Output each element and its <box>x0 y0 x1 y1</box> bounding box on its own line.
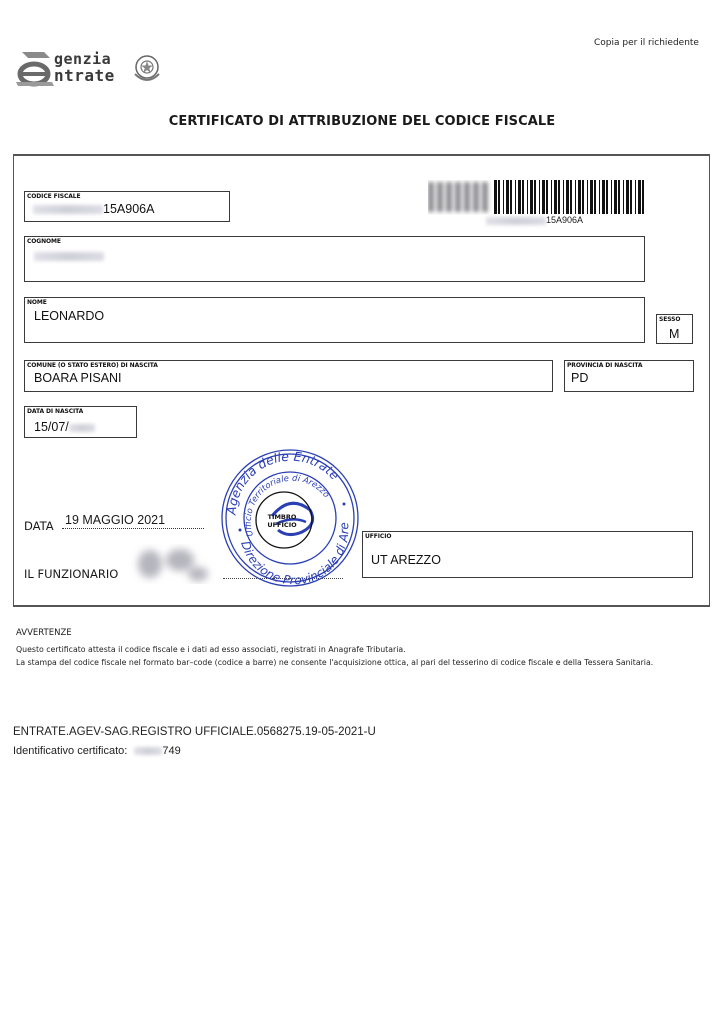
ufficio-value: UT AREZZO <box>371 553 441 567</box>
logo-text-ntrate: ntrate <box>54 66 115 85</box>
data-nascita-value: 15/07/ <box>34 420 95 434</box>
codice-fiscale-field: CODICE FISCALE 15A906A <box>24 191 230 222</box>
provincia-nascita-value: PD <box>571 371 588 385</box>
barcode-caption: 15A906A <box>486 215 583 225</box>
sesso-value: M <box>669 327 679 341</box>
certificate-id: Identificativo certificato: 749 <box>13 745 181 757</box>
codice-fiscale-visible-part: 15A906A <box>103 202 154 216</box>
cognome-value <box>34 249 104 263</box>
data-label: DATA <box>24 519 54 533</box>
ufficio-label: UFFICIO <box>365 533 391 540</box>
certificate-id-visible: 749 <box>162 745 180 757</box>
barcode-caption-visible: 15A906A <box>546 215 583 225</box>
certificate-id-label: Identificativo certificato: <box>13 745 127 757</box>
codice-fiscale-label: CODICE FISCALE <box>27 193 81 200</box>
warnings-title: AVVERTENZE <box>16 628 72 638</box>
cognome-field: COGNOME <box>24 236 645 282</box>
sesso-field: SESSO M <box>656 314 693 344</box>
sesso-label: SESSO <box>659 316 680 323</box>
barcode <box>428 180 646 216</box>
data-nascita-visible-part: 15/07/ <box>34 420 69 434</box>
provincia-nascita-field: PROVINCIA DI NASCITA PD <box>564 360 694 392</box>
redacted-block <box>33 205 103 214</box>
nome-field: NOME LEONARDO <box>24 297 645 343</box>
codice-fiscale-value: 15A906A <box>33 202 154 216</box>
official-stamp: Agenzia delle Entrate Direzione Provinci… <box>218 446 363 591</box>
redacted-block <box>34 252 104 261</box>
data-value: 19 MAGGIO 2021 <box>62 513 204 529</box>
provincia-nascita-label: PROVINCIA DI NASCITA <box>567 362 642 369</box>
cognome-label: COGNOME <box>27 238 61 245</box>
document-title: CERTIFICATO DI ATTRIBUZIONE DEL CODICE F… <box>0 114 724 129</box>
redacted-block <box>134 747 162 755</box>
comune-nascita-value: BOARA PISANI <box>34 371 122 385</box>
data-nascita-field: DATA DI NASCITA 15/07/ <box>24 406 137 438</box>
italian-emblem-icon <box>132 52 162 84</box>
logo-e-icon <box>14 48 58 88</box>
redacted-block <box>69 424 95 432</box>
nome-label: NOME <box>27 299 47 306</box>
comune-nascita-label: COMUNE (O STATO ESTERO) DI NASCITA <box>27 362 158 369</box>
signature-redacted <box>128 544 218 584</box>
warning-line: Questo certificato attesta il codice fis… <box>16 645 406 654</box>
nome-value: LEONARDO <box>34 309 104 323</box>
data-nascita-label: DATA DI NASCITA <box>27 408 83 415</box>
comune-nascita-field: COMUNE (O STATO ESTERO) DI NASCITA BOARA… <box>24 360 553 392</box>
agenzia-entrate-logo: genzia ntrate <box>14 48 164 88</box>
registry-reference: ENTRATE.AGEV-SAG.REGISTRO UFFICIALE.0568… <box>13 726 376 738</box>
timbro-text: TIMBRO <box>268 513 297 521</box>
warning-line: La stampa del codice fiscale nel formato… <box>16 658 653 667</box>
ufficio-field: UFFICIO UT AREZZO <box>362 531 693 578</box>
copy-label: Copia per il richiedente <box>594 38 699 48</box>
ufficio-text: UFFICIO <box>267 521 297 529</box>
funzionario-label: IL FUNZIONARIO <box>24 567 118 581</box>
redacted-block <box>486 217 546 225</box>
